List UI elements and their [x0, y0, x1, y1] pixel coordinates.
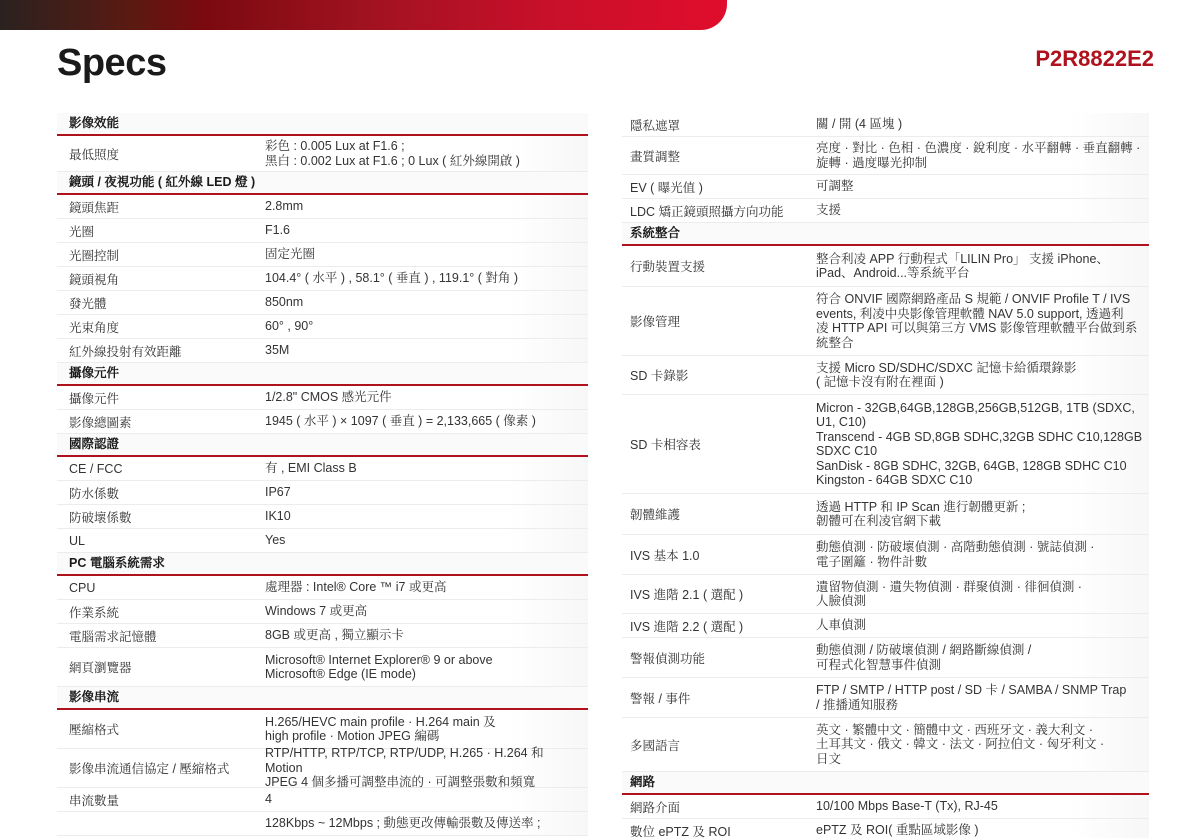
spec-row: 數位 ePTZ 及 ROIePTZ 及 ROI( 重點區域影像 )	[622, 819, 1149, 838]
spec-label: 警報偵測功能	[622, 638, 816, 677]
spec-value: 有 , EMI Class B	[265, 457, 588, 480]
section-header: 影像效能	[57, 113, 588, 136]
spec-row: 防水係數IP67	[57, 481, 588, 505]
spec-value: Micron - 32GB,64GB,128GB,256GB,512GB, 1T…	[816, 395, 1149, 493]
spec-row: 隱私遮罩關 / 開 (4 區塊 )	[622, 113, 1149, 137]
spec-value: 2.8mm	[265, 195, 588, 218]
spec-row: 串流數量4	[57, 788, 588, 812]
spec-row: 最低照度彩色 : 0.005 Lux at F1.6 ; 黑白 : 0.002 …	[57, 136, 588, 172]
spec-label: 畫質調整	[622, 137, 816, 174]
spec-row: 光圈F1.6	[57, 219, 588, 243]
spec-value: 支援	[816, 199, 1149, 222]
spec-label: 作業系統	[57, 600, 265, 623]
spec-row: 128Kbps ~ 12Mbps ; 動態更改傳輸張數及傳送率 ;	[57, 812, 588, 836]
spec-label: 網頁瀏覽器	[57, 648, 265, 686]
spec-row: IVS 基本 1.0動態偵測 · 防破壞偵測 · 高階動態偵測 · 號誌偵測 ·…	[622, 535, 1149, 575]
spec-label: SD 卡相容表	[622, 395, 816, 493]
spec-value: 128Kbps ~ 12Mbps ; 動態更改傳輸張數及傳送率 ;	[265, 812, 588, 835]
spec-value: 動態偵測 · 防破壞偵測 · 高階動態偵測 · 號誌偵測 · 電子圍籬 · 物件…	[816, 535, 1149, 574]
spec-value: H.265/HEVC main profile · H.264 main 及 h…	[265, 710, 588, 748]
spec-row: CE / FCC有 , EMI Class B	[57, 457, 588, 481]
spec-value: 人車偵測	[816, 614, 1149, 637]
spec-label: 光圈控制	[57, 243, 265, 266]
spec-row: 鏡頭視角104.4° ( 水平 ) , 58.1° ( 垂直 ) , 119.1…	[57, 267, 588, 291]
spec-label: UL	[57, 529, 265, 552]
spec-row: 韌體維護透過 HTTP 和 IP Scan 進行韌體更新 ; 韌體可在利凌官網下…	[622, 494, 1149, 535]
spec-row: 影像總圖素1945 ( 水平 ) × 1097 ( 垂直 ) = 2,133,6…	[57, 410, 588, 434]
page-title: Specs	[57, 42, 166, 85]
spec-row: SD 卡錄影支援 Micro SD/SDHC/SDXC 記憶卡給循環錄影 ( 記…	[622, 356, 1149, 395]
spec-value: 4	[265, 788, 588, 811]
spec-label	[57, 812, 265, 835]
spec-label: 鏡頭焦距	[57, 195, 265, 218]
spec-label: 網路介面	[622, 795, 816, 818]
spec-row: 行動裝置支援整合利凌 APP 行動程式「LILIN Pro」 支援 iPhone…	[622, 246, 1149, 287]
spec-label: 壓縮格式	[57, 710, 265, 748]
spec-row: 光束角度60° , 90°	[57, 315, 588, 339]
spec-row: 電腦需求記憶體8GB 或更高 , 獨立顯示卡	[57, 624, 588, 648]
spec-table-left: 影像效能最低照度彩色 : 0.005 Lux at F1.6 ; 黑白 : 0.…	[57, 113, 588, 836]
spec-row: 畫質調整亮度 · 對比 · 色相 · 色濃度 · 銳利度 · 水平翻轉 · 垂直…	[622, 137, 1149, 175]
spec-label: 電腦需求記憶體	[57, 624, 265, 647]
section-header: 網路	[622, 772, 1149, 795]
spec-row: 網頁瀏覽器Microsoft® Internet Explorer® 9 or …	[57, 648, 588, 687]
section-header: PC 電腦系統需求	[57, 553, 588, 576]
spec-value: 遺留物偵測 · 遺失物偵測 · 群聚偵測 · 徘徊偵測 · 人臉偵測	[816, 575, 1149, 613]
spec-row: IVS 進階 2.2 ( 選配 )人車偵測	[622, 614, 1149, 638]
spec-row: 影像串流通信協定 / 壓縮格式RTP/HTTP, RTP/TCP, RTP/UD…	[57, 749, 588, 788]
spec-label: IVS 基本 1.0	[622, 535, 816, 574]
spec-label: 數位 ePTZ 及 ROI	[622, 819, 816, 838]
spec-row: 警報偵測功能動態偵測 / 防破壞偵測 / 網路斷線偵測 / 可程式化智慧事件偵測	[622, 638, 1149, 678]
spec-value: 透過 HTTP 和 IP Scan 進行韌體更新 ; 韌體可在利凌官網下載	[816, 494, 1149, 534]
spec-row: 多國語言英文 · 繁體中文 · 簡體中文 · 西班牙文 · 義大利文 · 土耳其…	[622, 718, 1149, 772]
spec-value: Yes	[265, 529, 588, 552]
spec-label: IVS 進階 2.1 ( 選配 )	[622, 575, 816, 613]
spec-value: F1.6	[265, 219, 588, 242]
spec-label: 影像管理	[622, 287, 816, 355]
spec-label: LDC 矯正鏡頭照攝方向功能	[622, 199, 816, 222]
spec-row: 警報 / 事件FTP / SMTP / HTTP post / SD 卡 / S…	[622, 678, 1149, 718]
spec-value: 支援 Micro SD/SDHC/SDXC 記憶卡給循環錄影 ( 記憶卡沒有附在…	[816, 356, 1149, 394]
spec-value: 符合 ONVIF 國際網路產品 S 規範 / ONVIF Profile T /…	[816, 287, 1149, 355]
spec-row: 攝像元件1/2.8" CMOS 感光元件	[57, 386, 588, 410]
spec-label: 鏡頭視角	[57, 267, 265, 290]
spec-value: 850nm	[265, 291, 588, 314]
spec-row: 紅外線投射有效距離35M	[57, 339, 588, 363]
spec-value: 亮度 · 對比 · 色相 · 色濃度 · 銳利度 · 水平翻轉 · 垂直翻轉 ·…	[816, 137, 1149, 174]
spec-label: 攝像元件	[57, 386, 265, 409]
spec-label: IVS 進階 2.2 ( 選配 )	[622, 614, 816, 637]
spec-row: 影像管理符合 ONVIF 國際網路產品 S 規範 / ONVIF Profile…	[622, 287, 1149, 356]
spec-label: 多國語言	[622, 718, 816, 771]
spec-value: IP67	[265, 481, 588, 504]
spec-label: 發光體	[57, 291, 265, 314]
spec-row: 鏡頭焦距2.8mm	[57, 195, 588, 219]
section-header: 攝像元件	[57, 363, 588, 386]
spec-value: RTP/HTTP, RTP/TCP, RTP/UDP, H.265 · H.26…	[265, 749, 588, 787]
spec-value: 處理器 : Intel® Core ™ i7 或更高	[265, 576, 588, 599]
section-header: 系統整合	[622, 223, 1149, 246]
spec-row: 作業系統Windows 7 或更高	[57, 600, 588, 624]
spec-value: IK10	[265, 505, 588, 528]
spec-row: CPU處理器 : Intel® Core ™ i7 或更高	[57, 576, 588, 600]
spec-value: 可調整	[816, 175, 1149, 198]
spec-table-right: 隱私遮罩關 / 開 (4 區塊 )畫質調整亮度 · 對比 · 色相 · 色濃度 …	[622, 113, 1149, 838]
spec-value: 60° , 90°	[265, 315, 588, 338]
spec-label: CE / FCC	[57, 457, 265, 480]
spec-row: EV ( 曝光值 )可調整	[622, 175, 1149, 199]
spec-row: 發光體850nm	[57, 291, 588, 315]
spec-label: 光圈	[57, 219, 265, 242]
spec-label: CPU	[57, 576, 265, 599]
spec-label: 韌體維護	[622, 494, 816, 534]
spec-label: 隱私遮罩	[622, 113, 816, 136]
spec-row: 壓縮格式H.265/HEVC main profile · H.264 main…	[57, 710, 588, 749]
spec-label: 串流數量	[57, 788, 265, 811]
spec-label: 紅外線投射有效距離	[57, 339, 265, 362]
section-header: 影像串流	[57, 687, 588, 710]
spec-value: Microsoft® Internet Explorer® 9 or above…	[265, 648, 588, 686]
spec-row: ULYes	[57, 529, 588, 553]
spec-row: LDC 矯正鏡頭照攝方向功能支援	[622, 199, 1149, 223]
spec-value: 1945 ( 水平 ) × 1097 ( 垂直 ) = 2,133,665 ( …	[265, 410, 588, 433]
spec-value: Windows 7 或更高	[265, 600, 588, 623]
spec-value: ePTZ 及 ROI( 重點區域影像 )	[816, 819, 1149, 838]
spec-label: SD 卡錄影	[622, 356, 816, 394]
header-banner	[0, 0, 727, 30]
spec-row: 網路介面10/100 Mbps Base-T (Tx), RJ-45	[622, 795, 1149, 819]
spec-value: 35M	[265, 339, 588, 362]
spec-value: 10/100 Mbps Base-T (Tx), RJ-45	[816, 795, 1149, 818]
model-number: P2R8822E2	[1035, 46, 1154, 72]
spec-label: 防水係數	[57, 481, 265, 504]
spec-value: 英文 · 繁體中文 · 簡體中文 · 西班牙文 · 義大利文 · 土耳其文 · …	[816, 718, 1149, 771]
spec-value: FTP / SMTP / HTTP post / SD 卡 / SAMBA / …	[816, 678, 1149, 717]
section-header: 鏡頭 / 夜視功能 ( 紅外線 LED 燈 )	[57, 172, 588, 195]
spec-label: 最低照度	[57, 136, 265, 171]
spec-value: 彩色 : 0.005 Lux at F1.6 ; 黑白 : 0.002 Lux …	[265, 136, 588, 171]
spec-label: 防破壞係數	[57, 505, 265, 528]
spec-value: 整合利凌 APP 行動程式「LILIN Pro」 支援 iPhone、 iPad…	[816, 246, 1149, 286]
spec-value: 動態偵測 / 防破壞偵測 / 網路斷線偵測 / 可程式化智慧事件偵測	[816, 638, 1149, 677]
spec-value: 固定光圈	[265, 243, 588, 266]
spec-row: IVS 進階 2.1 ( 選配 )遺留物偵測 · 遺失物偵測 · 群聚偵測 · …	[622, 575, 1149, 614]
spec-value: 8GB 或更高 , 獨立顯示卡	[265, 624, 588, 647]
spec-row: 光圈控制固定光圈	[57, 243, 588, 267]
spec-value: 關 / 開 (4 區塊 )	[816, 113, 1149, 136]
spec-label: 影像總圖素	[57, 410, 265, 433]
spec-value: 104.4° ( 水平 ) , 58.1° ( 垂直 ) , 119.1° ( …	[265, 267, 588, 290]
spec-row: 防破壞係數IK10	[57, 505, 588, 529]
spec-value: 1/2.8" CMOS 感光元件	[265, 386, 588, 409]
spec-label: 光束角度	[57, 315, 265, 338]
spec-label: 警報 / 事件	[622, 678, 816, 717]
spec-label: 影像串流通信協定 / 壓縮格式	[57, 749, 265, 787]
section-header: 國際認證	[57, 434, 588, 457]
spec-row: SD 卡相容表Micron - 32GB,64GB,128GB,256GB,51…	[622, 395, 1149, 494]
spec-label: 行動裝置支援	[622, 246, 816, 286]
spec-label: EV ( 曝光值 )	[622, 175, 816, 198]
